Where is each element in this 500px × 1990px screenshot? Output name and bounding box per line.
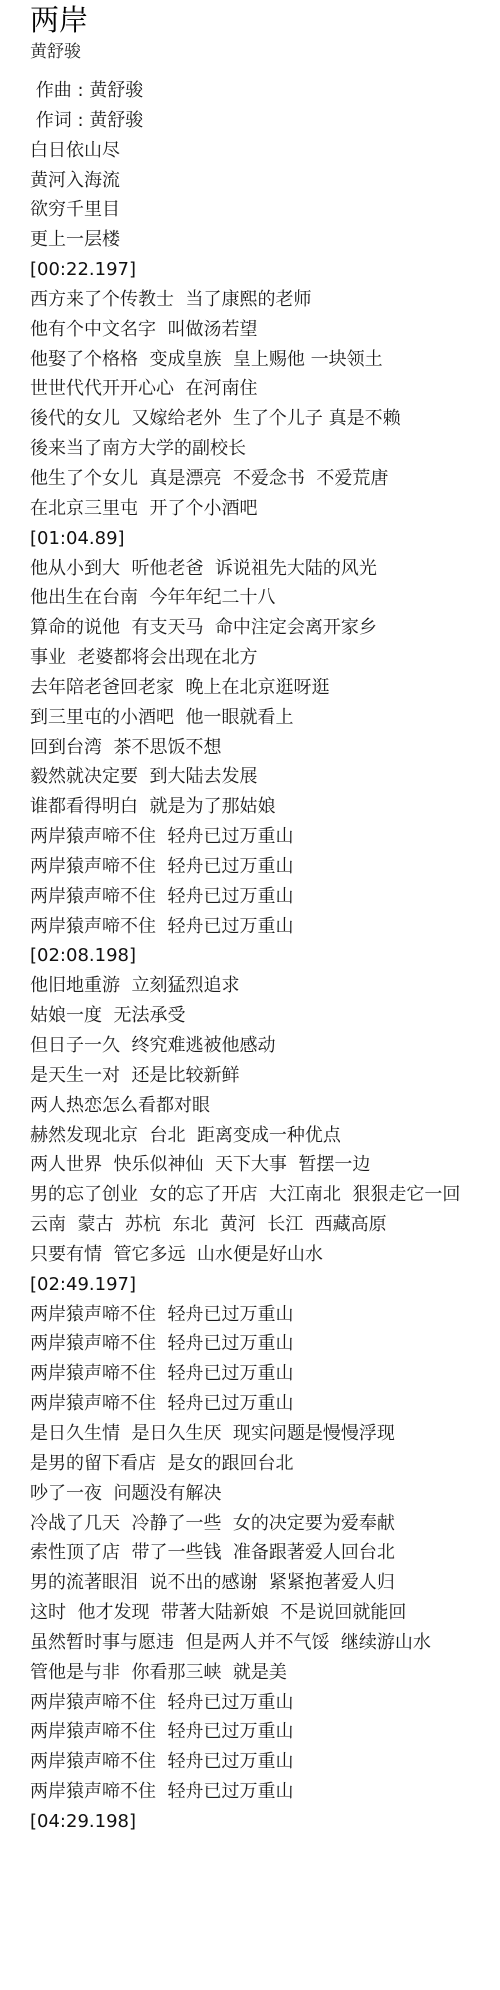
lyric-line: 两岸猿声啼不住 轻舟已过万重山	[30, 1747, 500, 1777]
lyric-line: 他娶了个格格 变成皇族 皇上赐他 一块领土	[30, 345, 500, 375]
lyric-line: 管他是与非 你看那三峡 就是美	[30, 1658, 500, 1688]
lyric-line: 姑娘一度 无法承受	[30, 1001, 500, 1031]
lyric-line: 欲穷千里目	[30, 195, 500, 225]
lyric-line: 两岸猿声啼不住 轻舟已过万重山	[30, 882, 500, 912]
lyric-line: 更上一层楼	[30, 225, 500, 255]
lyric-line: 他有个中文名字 叫做汤若望	[30, 315, 500, 345]
lyric-line: 黄河入海流	[30, 166, 500, 196]
lyric-line: 算命的说他 有支天马 命中注定会离开家乡	[30, 613, 500, 643]
lyric-line: 两岸猿声啼不住 轻舟已过万重山	[30, 1359, 500, 1389]
lyric-timestamp: [01:04.89]	[30, 524, 500, 554]
lyric-timestamp: [04:29.198]	[30, 1807, 500, 1837]
lyrics-body: 作曲 : 黄舒骏 作词 : 黄舒骏白日依山尽黄河入海流欲穷千里目更上一层楼[00…	[30, 76, 500, 1837]
lyric-line: 後来当了南方大学的副校长	[30, 434, 500, 464]
lyric-line: 回到台湾 茶不思饭不想	[30, 733, 500, 763]
lyric-line: 虽然暂时事与愿违 但是两人并不气馁 继续游山水	[30, 1628, 500, 1658]
lyric-line: 两岸猿声啼不住 轻舟已过万重山	[30, 852, 500, 882]
lyric-timestamp: [00:22.197]	[30, 255, 500, 285]
lyric-line: 到三里屯的小酒吧 他一眼就看上	[30, 703, 500, 733]
lyric-line: 赫然发现北京 台北 距离变成一种优点	[30, 1121, 500, 1151]
lyric-line: 只要有情 管它多远 山水便是好山水	[30, 1240, 500, 1270]
lyric-line: 这时 他才发现 带著大陆新娘 不是说回就能回	[30, 1598, 500, 1628]
lyric-line: 两岸猿声啼不住 轻舟已过万重山	[30, 912, 500, 942]
lyric-line: 在北京三里屯 开了个小酒吧	[30, 494, 500, 524]
lyric-line: 是男的留下看店 是女的跟回台北	[30, 1449, 500, 1479]
lyrics-page: 两岸 黄舒骏 作曲 : 黄舒骏 作词 : 黄舒骏白日依山尽黄河入海流欲穷千里目更…	[30, 0, 500, 1837]
lyric-line: 两岸猿声啼不住 轻舟已过万重山	[30, 1777, 500, 1807]
lyric-line: 世世代代开开心心 在河南住	[30, 374, 500, 404]
lyric-line: 索性顶了店 带了一些钱 准备跟著爱人回台北	[30, 1538, 500, 1568]
lyric-line: 两岸猿声啼不住 轻舟已过万重山	[30, 1329, 500, 1359]
lyric-line: 两岸猿声啼不住 轻舟已过万重山	[30, 1389, 500, 1419]
lyric-line: 两人热恋怎么看都对眼	[30, 1091, 500, 1121]
lyric-line: 两岸猿声啼不住 轻舟已过万重山	[30, 822, 500, 852]
lyric-line: 云南 蒙古 苏杭 东北 黄河 长江 西藏高原	[30, 1210, 500, 1240]
lyric-timestamp: [02:49.197]	[30, 1270, 500, 1300]
song-title: 两岸	[30, 2, 500, 38]
lyric-line: 西方来了个传教士 当了康熙的老师	[30, 285, 500, 315]
lyric-line: 白日依山尽	[30, 136, 500, 166]
lyric-line: 但日子一久 终究难逃被他感动	[30, 1031, 500, 1061]
lyric-line: 两岸猿声啼不住 轻舟已过万重山	[30, 1300, 500, 1330]
lyric-line: 他从小到大 听他老爸 诉说祖先大陆的风光	[30, 554, 500, 584]
song-artist: 黄舒骏	[30, 40, 500, 64]
lyric-line: 男的流著眼泪 说不出的感谢 紧紧抱著爱人归	[30, 1568, 500, 1598]
lyric-line: 两人世界 快乐似神仙 天下大事 暂摆一边	[30, 1150, 500, 1180]
lyric-line: 吵了一夜 问题没有解决	[30, 1479, 500, 1509]
lyric-timestamp: [02:08.198]	[30, 941, 500, 971]
lyric-line: 去年陪老爸回老家 晚上在北京逛呀逛	[30, 673, 500, 703]
lyric-line: 作词 : 黄舒骏	[30, 106, 500, 136]
lyric-line: 他出生在台南 今年年纪二十八	[30, 583, 500, 613]
lyric-line: 是日久生情 是日久生厌 现实问题是慢慢浮现	[30, 1419, 500, 1449]
lyric-line: 男的忘了创业 女的忘了开店 大江南北 狠狠走它一回	[30, 1180, 500, 1210]
lyric-line: 是天生一对 还是比较新鲜	[30, 1061, 500, 1091]
lyric-line: 他生了个女儿 真是漂亮 不爱念书 不爱荒唐	[30, 464, 500, 494]
lyric-line: 事业 老婆都将会出现在北方	[30, 643, 500, 673]
lyric-line: 後代的女儿 又嫁给老外 生了个儿子 真是不赖	[30, 404, 500, 434]
lyric-line: 谁都看得明白 就是为了那姑娘	[30, 792, 500, 822]
lyric-line: 作曲 : 黄舒骏	[30, 76, 500, 106]
lyric-line: 冷战了几天 冷静了一些 女的决定要为爱奉献	[30, 1509, 500, 1539]
lyric-line: 毅然就决定要 到大陆去发展	[30, 762, 500, 792]
lyric-line: 两岸猿声啼不住 轻舟已过万重山	[30, 1688, 500, 1718]
lyric-line: 他旧地重游 立刻猛烈追求	[30, 971, 500, 1001]
lyric-line: 两岸猿声啼不住 轻舟已过万重山	[30, 1717, 500, 1747]
